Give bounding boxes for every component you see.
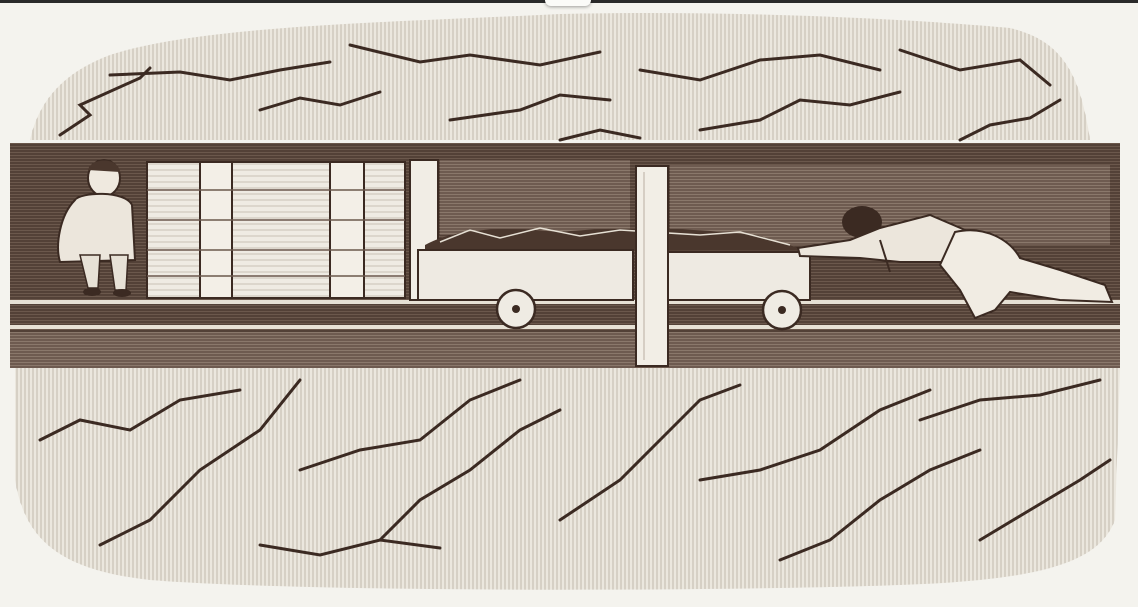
rock-ceiling [30, 13, 1090, 140]
rock-floor [15, 368, 1120, 590]
ventilation-door [147, 160, 438, 300]
pit-prop [636, 166, 668, 366]
engraving-image [0, 0, 1138, 607]
